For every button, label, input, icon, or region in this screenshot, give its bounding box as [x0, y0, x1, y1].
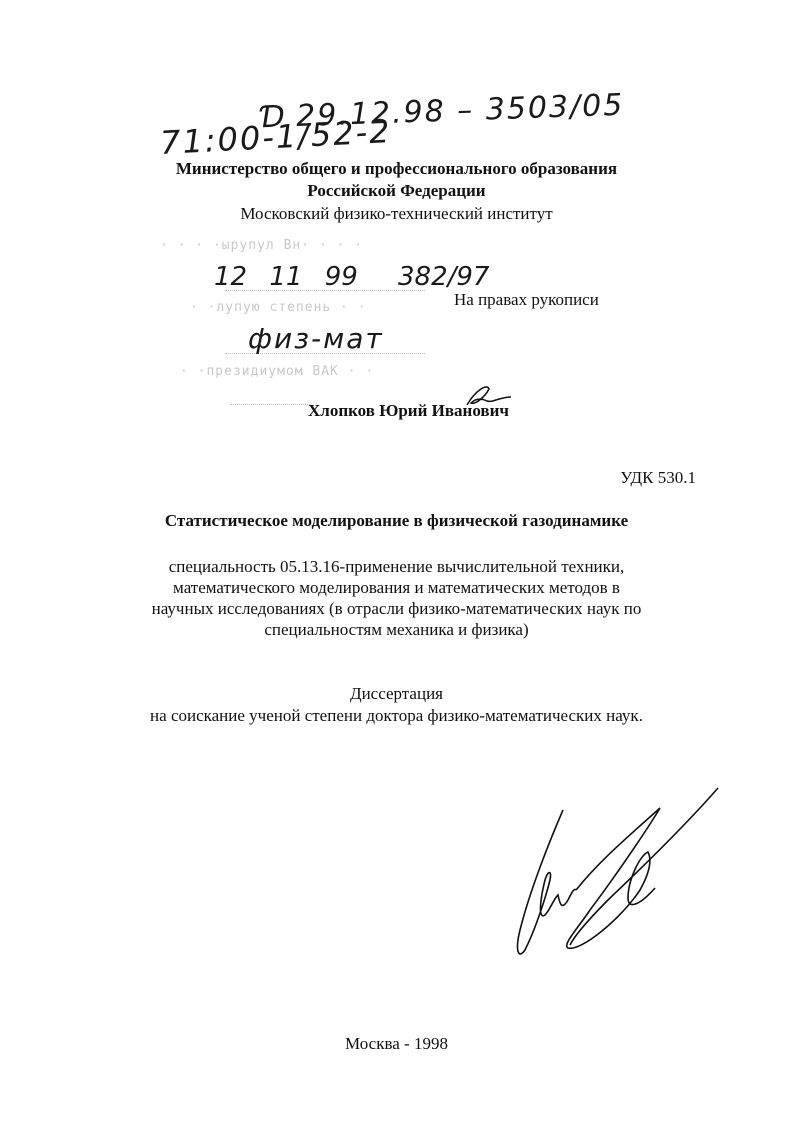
handwritten-catalog-number: 71:00-1/52-2: [159, 112, 392, 162]
place-and-year: Москва - 1998: [0, 1034, 793, 1054]
ministry-line-2: Российской Федерации: [0, 181, 793, 201]
signature: [490, 780, 730, 980]
udc-code: УДК 530.1: [620, 468, 696, 488]
specialty-line-4: специальностям механика и физика): [0, 620, 793, 640]
ministry-line-1: Министерство общего и профессионального …: [0, 159, 793, 179]
ghost-text-3: · ·президиумом ВАК · ·: [180, 364, 374, 379]
degree-line: на соискание ученой степени доктора физи…: [0, 706, 793, 726]
handwritten-receipt-date: 12 11 99: [214, 262, 358, 292]
author-name: Хлопков Юрий Иванович: [308, 401, 509, 421]
ghost-text-1: · · · ·ырупул Вн· · · ·: [160, 238, 363, 253]
specialty-line-1: специальность 05.13.16-применение вычисл…: [0, 557, 793, 577]
dotted-rule: [230, 404, 310, 405]
manuscript-notice: На правах рукописи: [454, 290, 599, 310]
dissertation-title: Статистическое моделирование в физическо…: [0, 511, 793, 531]
specialty-line-3: научных исследованиях (в отрасли физико-…: [0, 599, 793, 619]
specialty-line-2: математического моделирования и математи…: [0, 578, 793, 598]
handwritten-receipt-number: 382/97: [398, 262, 489, 292]
institute-name: Московский физико-технический институт: [0, 204, 793, 224]
ghost-text-2: · ·лупую степень · ·: [190, 300, 367, 315]
document-type-label: Диссертация: [0, 684, 793, 704]
handwritten-field-note: физ-мат: [248, 322, 384, 355]
